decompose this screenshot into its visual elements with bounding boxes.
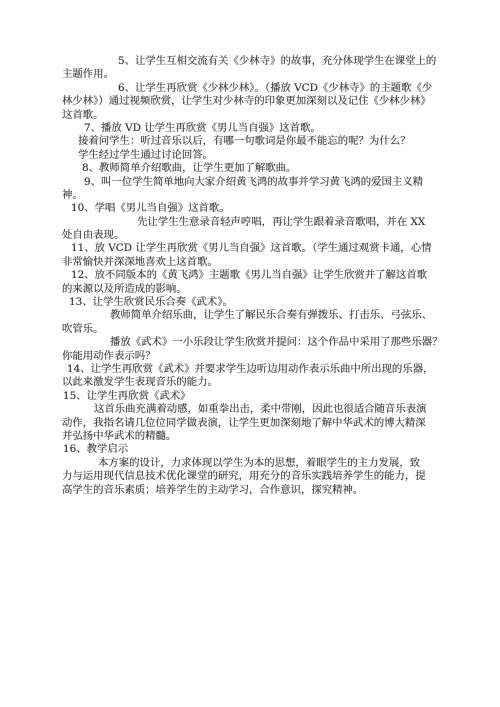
document-line: 接着问学生：听过音乐以后，有哪一句歌词是你最不能忘的呢？为什么？ [62,135,444,148]
document-line: 11、放 VCD 让学生再欣赏《男儿当自强》这首歌。（学生通过观赏卡通，心情 [62,242,444,255]
document-line: 16、教学启示 [62,443,444,456]
document-line: 神。 [62,189,444,202]
document-line: 高学生的音乐素质；培养学生的主动学习，合作意识，探究精神。 [62,484,444,497]
document-text-block: 5、让学生互相交流有关《少林寺》的故事，充分体现学生在课堂上的 主题作用。 6、… [62,55,444,497]
document-line: 的来源以及所造成的影响。 [62,283,444,296]
document-line: 15、让学生再欣赏《武术》 [62,390,444,403]
document-line: 9、叫一位学生简单地向大家介绍黄飞鸿的故事并学习黄飞鸿的爱国主义精 [62,176,444,189]
document-line: 以此来激发学生表现音乐的能力。 [62,376,444,389]
document-line: 力与运用现代信息技术优化课堂的研究，用充分的音乐实践培养学生的能力，提 [62,470,444,483]
document-line: 10、学唱《男儿当自强》这首歌。 [62,202,444,215]
document-line: 6、让学生再欣赏《少林少林》。（播放 VCD《少林寺》的主题歌《少 [62,82,444,95]
document-line: 这首乐曲充满着动感，如重拳出击，柔中带刚，因此也很适合随音乐表演 [62,403,444,416]
document-line: 非常愉快并深深地喜欢上这首歌。 [62,256,444,269]
document-line: 你能用动作表示吗？ [62,350,444,363]
document-line: 先让学生生意录音轻声哼唱，再让学生跟着录音歌唱，并在 XX [62,216,444,229]
document-line: 这首歌。 [62,109,444,122]
document-line: 动作，我指名请几位位同学做表演，让学生更加深刻地了解中华武术的博大精深 [62,417,444,430]
document-line: 8、教师简单介绍歌曲，让学生更加了解歌曲。 [62,162,444,175]
document-line: 7、播放 VD 让学生再欣赏《男儿当自强》这首歌。 [62,122,444,135]
document-line: 14、让学生再欣赏《武术》并要求学生边听边用动作表示乐曲中所出现的乐器， [62,363,444,376]
document-line: 13、让学生欣赏民乐合奏《武术》。 [62,296,444,309]
scanned-document-page: 5、让学生互相交流有关《少林寺》的故事，充分体现学生在课堂上的 主题作用。 6、… [0,0,500,707]
document-line: 并弘扬中华武术的精髓。 [62,430,444,443]
document-line: 12、放不同版本的《黄飞鸿》主题歌《男儿当自强》让学生欣赏并了解这首歌 [62,269,444,282]
document-line: 本方案的设计，力求体现以学生为本的思想，着眼学生的主力发展，致 [62,457,444,470]
document-line: 5、让学生互相交流有关《少林寺》的故事，充分体现学生在课堂上的 [62,55,444,68]
document-line: 教师简单介绍乐曲，让学生了解民乐合奏有弹拨乐、打击乐、弓弦乐、 [62,309,444,322]
document-line: 处自由表现。 [62,229,444,242]
document-line: 主题作用。 [62,68,444,81]
document-line: 学生经过学生通过讨论回答。 [62,149,444,162]
document-line: 播放《武术》一小乐段让学生欣赏并提问：这个作品中采用了那些乐器？ [62,336,444,349]
document-line: 林少林》）通过视频欣赏，让学生对少林寺的印象更加深刻以及记住《少林少林》 [62,95,444,108]
document-line: 吹管乐。 [62,323,444,336]
